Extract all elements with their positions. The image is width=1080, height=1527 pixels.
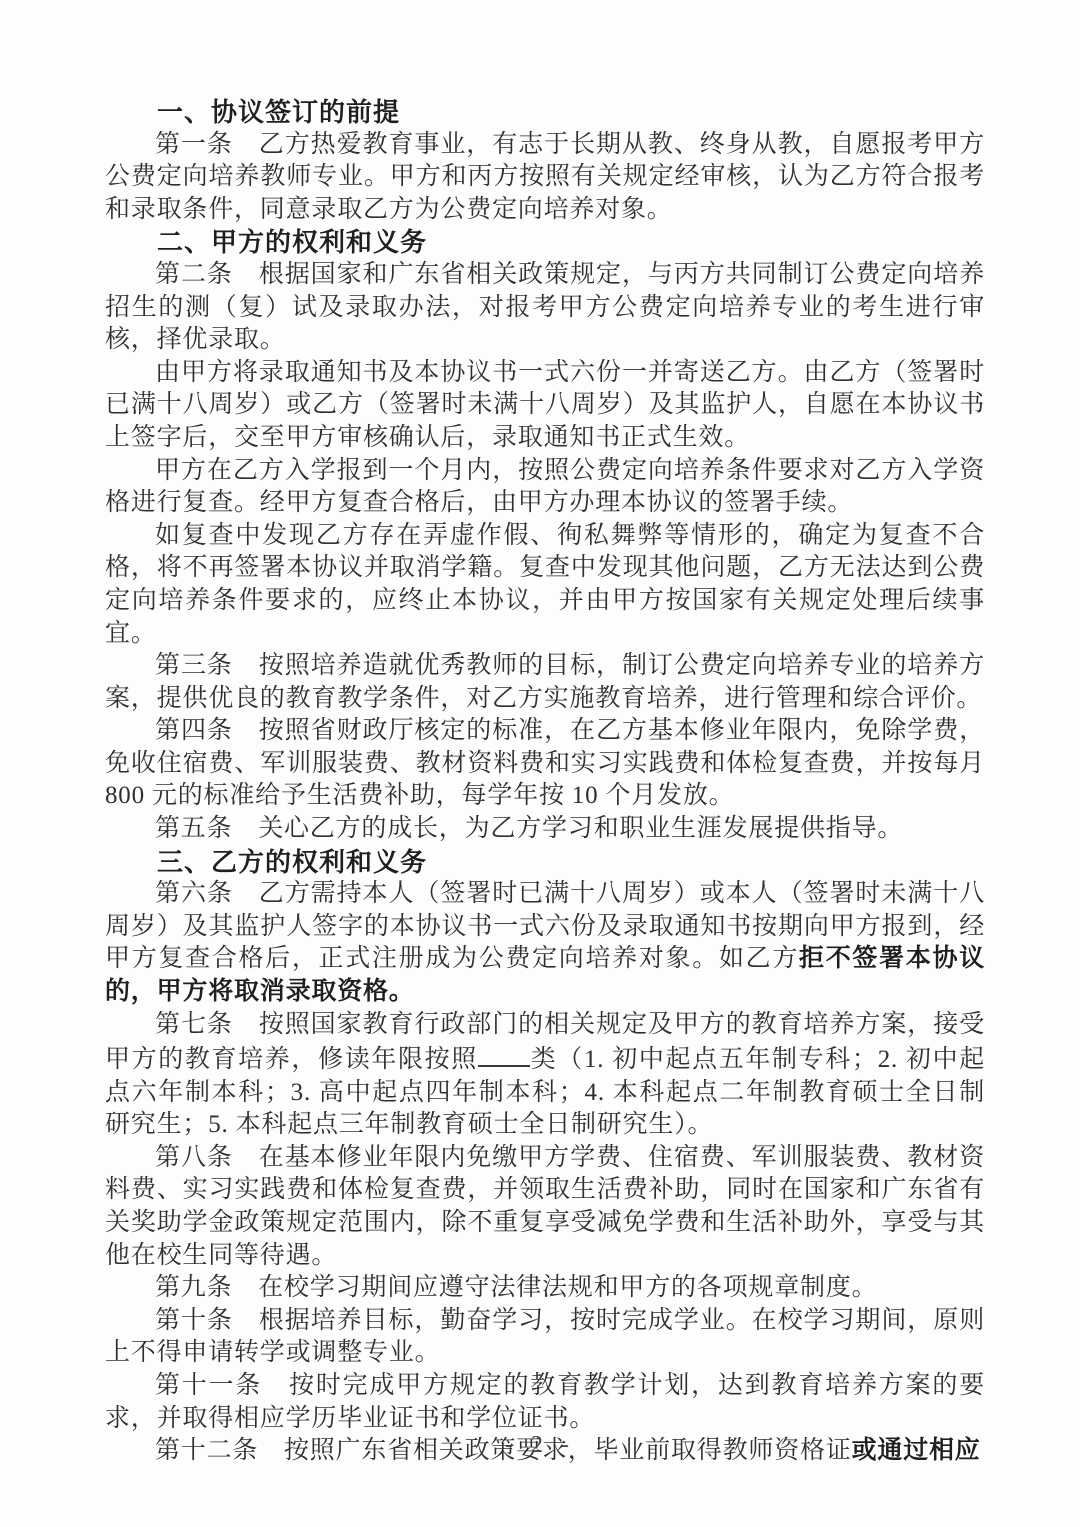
text-run: 如复查中发现乙方存在弄虚作假、徇私舞弊等情形的，确定为复查不合格，将不再签署本协…: [105, 522, 985, 647]
page-number: - 2 -: [0, 1432, 1080, 1459]
section-heading: 三、乙方的权利和义务: [105, 846, 985, 879]
document-body: 一、协议签订的前提第一条 乙方热爱教育事业，有志于长期从教、终身从教，自愿报考甲…: [105, 96, 985, 1468]
text-run: 第十一条 按时完成甲方规定的教育教学计划，达到教育培养方案的要求，并取得相应学历…: [105, 1372, 985, 1432]
fill-in-blank: [478, 1041, 530, 1067]
text-run: 第三条 按照培养造就优秀教师的目标，制订公费定向培养专业的培养方案，提供优良的教…: [105, 652, 985, 712]
document-page: 一、协议签订的前提第一条 乙方热爱教育事业，有志于长期从教、终身从教，自愿报考甲…: [0, 0, 1080, 1527]
section-heading: 二、甲方的权利和义务: [105, 226, 985, 259]
text-run: 甲方在乙方入学报到一个月内，按照公费定向培养条件要求对乙方入学资格进行复查。经甲…: [105, 457, 985, 517]
paragraph: 如复查中发现乙方存在弄虚作假、徇私舞弊等情形的，确定为复查不合格，将不再签署本协…: [105, 520, 985, 650]
paragraph: 第七条 按照国家教育行政部门的相关规定及甲方的教育培养方案，接受甲方的教育培养，…: [105, 1009, 985, 1142]
paragraph: 由甲方将录取通知书及本协议书一式六份一并寄送乙方。由乙方（签署时已满十八周岁）或…: [105, 357, 985, 455]
paragraph: 第十条 根据培养目标，勤奋学习，按时完成学业。在校学习期间，原则上不得申请转学或…: [105, 1305, 985, 1370]
text-run: 第二条 根据国家和广东省相关政策规定，与丙方共同制订公费定向培养招生的测（复）试…: [105, 261, 985, 353]
text-run: 第十条 根据培养目标，勤奋学习，按时完成学业。在校学习期间，原则上不得申请转学或…: [105, 1307, 985, 1367]
text-run: 第五条 关心乙方的成长，为乙方学习和职业生涯发展提供指导。: [155, 815, 903, 842]
section-heading: 一、协议签订的前提: [105, 96, 985, 129]
paragraph: 第一条 乙方热爱教育事业，有志于长期从教、终身从教，自愿报考甲方公费定向培养教师…: [105, 129, 985, 227]
text-run: 第一条 乙方热爱教育事业，有志于长期从教、终身从教，自愿报考甲方公费定向培养教师…: [105, 131, 985, 223]
paragraph: 第五条 关心乙方的成长，为乙方学习和职业生涯发展提供指导。: [105, 813, 985, 846]
paragraph: 第六条 乙方需持本人（签署时已满十八周岁）或本人（签署时未满十八周岁）及其监护人…: [105, 878, 985, 1008]
text-run: 第八条 在基本修业年限内免缴甲方学费、住宿费、军训服装费、教材资料费、实习实践费…: [105, 1144, 985, 1269]
paragraph: 第四条 按照省财政厅核定的标准，在乙方基本修业年限内，免除学费，免收住宿费、军训…: [105, 715, 985, 813]
paragraph: 甲方在乙方入学报到一个月内，按照公费定向培养条件要求对乙方入学资格进行复查。经甲…: [105, 455, 985, 520]
text-run: 第四条 按照省财政厅核定的标准，在乙方基本修业年限内，免除学费，免收住宿费、军训…: [105, 717, 985, 809]
paragraph: 第九条 在校学习期间应遵守法律法规和甲方的各项规章制度。: [105, 1272, 985, 1305]
text-run: 第九条 在校学习期间应遵守法律法规和甲方的各项规章制度。: [155, 1274, 877, 1301]
paragraph: 第八条 在基本修业年限内免缴甲方学费、住宿费、军训服装费、教材资料费、实习实践费…: [105, 1142, 985, 1272]
paragraph: 第三条 按照培养造就优秀教师的目标，制订公费定向培养专业的培养方案，提供优良的教…: [105, 650, 985, 715]
paragraph: 第十一条 按时完成甲方规定的教育教学计划，达到教育培养方案的要求，并取得相应学历…: [105, 1370, 985, 1435]
text-run: 由甲方将录取通知书及本协议书一式六份一并寄送乙方。由乙方（签署时已满十八周岁）或…: [105, 359, 985, 451]
paragraph: 第二条 根据国家和广东省相关政策规定，与丙方共同制订公费定向培养招生的测（复）试…: [105, 259, 985, 357]
